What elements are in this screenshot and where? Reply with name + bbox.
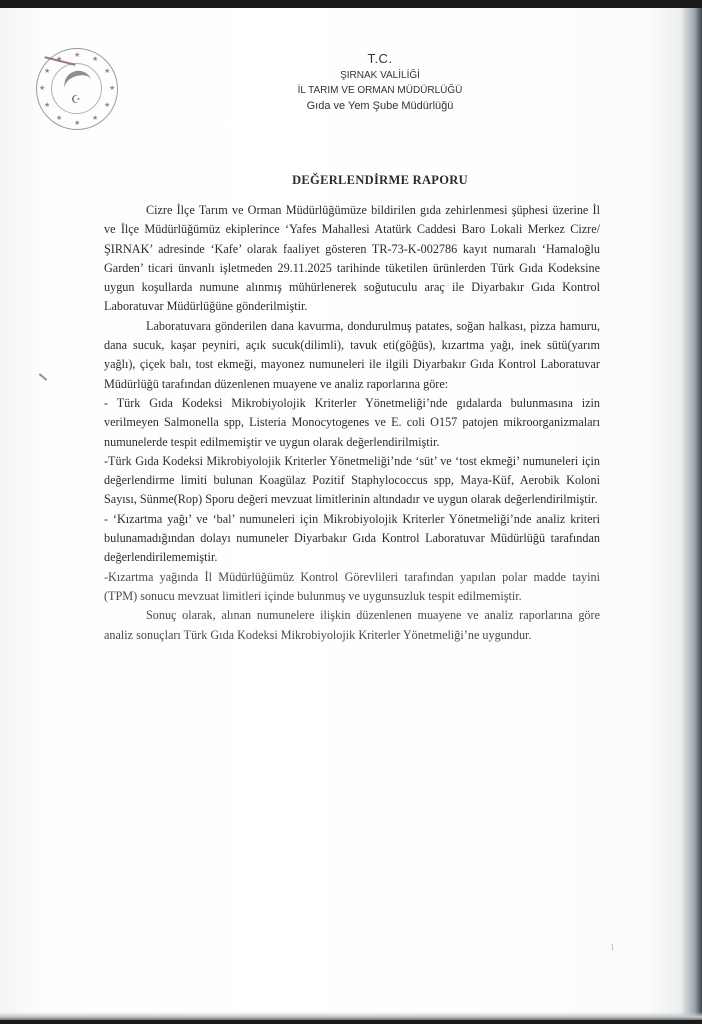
- paragraph-conclusion: Sonuç olarak, alınan numunelere ilişkin …: [104, 606, 600, 645]
- crescent-star-icon: ☪: [71, 93, 81, 106]
- document-title: DEĞERLENDİRME RAPORU: [100, 173, 660, 188]
- document-page: ★ ★ ★ ★ ★ ★ ★ ★ ★ ★ ★ ★ ☪ T.C. ŞIRNAK VA…: [0, 8, 702, 1020]
- finding-limits: -Türk Gıda Kodeksi Mikrobiyolojik Kriter…: [104, 452, 600, 510]
- letterhead-line-3: İL TARIM VE ORMAN MÜDÜRLÜĞÜ: [180, 83, 580, 98]
- paragraph-intro: Cizre İlçe Tarım ve Orman Müdürlüğümüze …: [104, 201, 600, 317]
- scanned-page-background: ★ ★ ★ ★ ★ ★ ★ ★ ★ ★ ★ ★ ☪ T.C. ŞIRNAK VA…: [0, 8, 702, 1020]
- ministry-seal-icon: ★ ★ ★ ★ ★ ★ ★ ★ ★ ★ ★ ★ ☪: [36, 48, 118, 130]
- document-body: Cizre İlçe Tarım ve Orman Müdürlüğümüze …: [104, 201, 600, 645]
- letterhead: T.C. ŞIRNAK VALİLİĞİ İL TARIM VE ORMAN M…: [180, 50, 580, 114]
- finding-not-evaluated: - ‘Kızartma yağı’ ve ‘bal’ numuneleri iç…: [104, 510, 600, 568]
- letterhead-line-4: Gıda ve Yem Şube Müdürlüğü: [180, 98, 580, 114]
- margin-pen-mark: [39, 373, 48, 381]
- page-number: 1: [610, 942, 615, 952]
- letterhead-line-2: ŞIRNAK VALİLİĞİ: [180, 68, 580, 83]
- paragraph-samples: Laboratuvara gönderilen dana kavurma, do…: [104, 317, 600, 394]
- letterhead-line-1: T.C.: [180, 50, 580, 68]
- finding-tpm: -Kızartma yağında İl Müdürlüğümüz Kontro…: [104, 568, 600, 607]
- finding-pathogens: - Türk Gıda Kodeksi Mikrobiyolojik Krite…: [104, 394, 600, 452]
